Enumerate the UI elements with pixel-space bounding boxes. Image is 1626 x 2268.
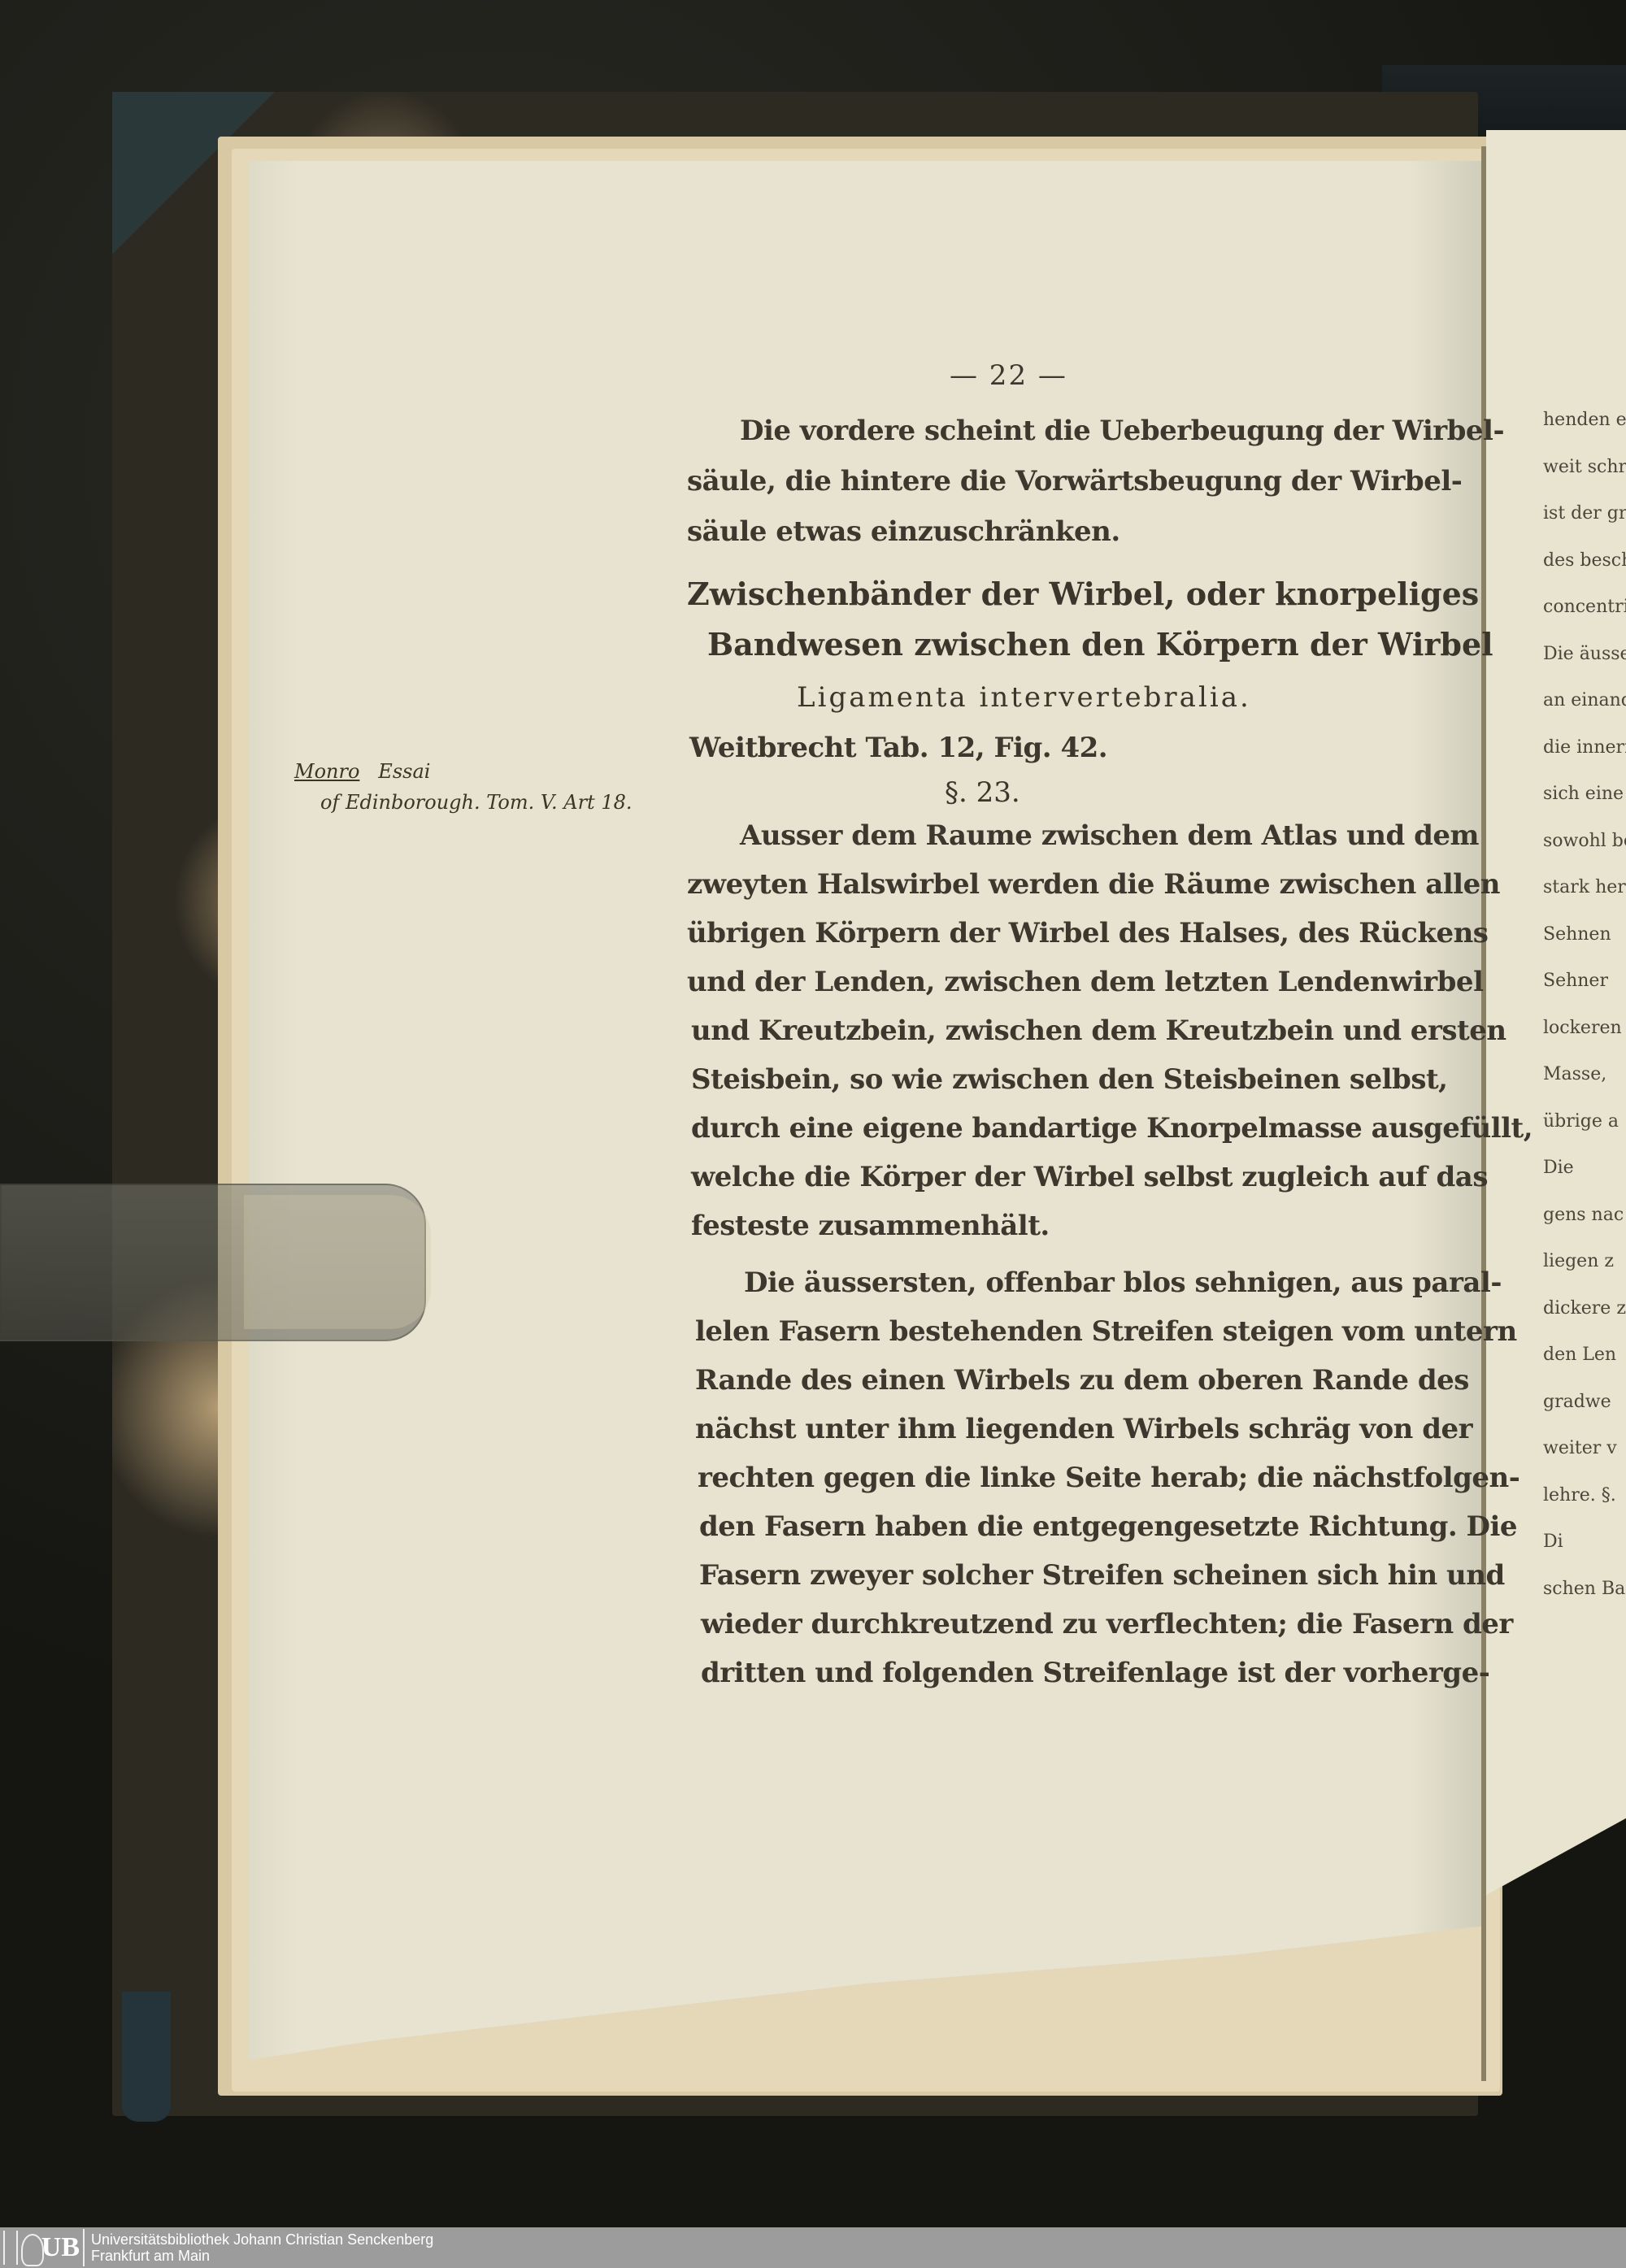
section-number: §. 23. [945,776,1020,809]
cover-corner-bottom [122,1992,171,2122]
annotation-name: Monro [294,760,359,783]
section-heading: Bandwesen zwischen den Körpern der Wirbe… [707,626,1493,663]
text-line: säule etwas einzuschränken. [687,515,1120,548]
fragment: concentris [1543,584,1626,631]
text-line: Steisbein, so wie zwischen den Steisbein… [691,1063,1448,1096]
fragment: Sehner [1543,958,1626,1005]
logo-portrait-icon [21,2234,44,2266]
fragment: übrige a [1543,1098,1626,1145]
text-line: nächst unter ihm liegenden Wirbels schrä… [695,1413,1472,1445]
fragment: Sehnen [1543,911,1626,958]
text-line: säule, die hintere die Vorwärtsbeugung d… [687,465,1462,497]
institution-name: Universitätsbibliothek Johann Christian … [91,2231,433,2248]
text-line: Ausser dem Raume zwischen dem Atlas und … [740,819,1479,852]
fragment: Di [1543,1519,1626,1566]
fragment: gradwe [1543,1379,1626,1426]
reference: Weitbrecht Tab. 12, Fig. 42. [689,732,1107,764]
page-number: — 22 — [950,359,1067,392]
text-line: dritten und folgenden Streifenlage ist d… [701,1657,1489,1689]
text-line: den Fasern haben die entgegengesetzte Ri… [699,1510,1517,1543]
fragment: des bescha [1543,537,1626,584]
text-line: und der Lenden, zwischen dem letzten Len… [687,966,1483,998]
text-line: Die äussersten, offenbar blos sehnigen, … [744,1267,1502,1299]
fragment: Die äusse [1543,631,1626,678]
fragment: dickere z [1543,1285,1626,1332]
institution-city: Frankfurt am Main [91,2248,433,2264]
fragment: lehre. §. [1543,1472,1626,1519]
latin-title: Ligamenta intervertebralia. [797,681,1251,714]
fragment: weiter v [1543,1425,1626,1472]
library-footer: UB Universitätsbibliothek Johann Christi… [0,2227,1626,2268]
text-line: festeste zusammenhält. [691,1210,1050,1242]
fragment: ist der grö [1543,490,1626,537]
annotation-line: of Edinborough. Tom. V. Art 18. [320,787,633,818]
text-line: Die vordere scheint die Ueberbeugung der… [740,415,1504,447]
text-line: zweyten Halswirbel werden die Räume zwis… [687,868,1500,901]
fragment: henden entg [1543,397,1626,444]
fragment: gens nac [1543,1192,1626,1239]
fragment: sowohl be [1543,818,1626,865]
handwritten-annotation: Monro Essai of Edinborough. Tom. V. Art … [285,756,633,818]
text-line: übrigen Körpern der Wirbel des Halses, d… [687,917,1488,949]
section-heading: Zwischenbänder der Wirbel, oder knorpeli… [687,576,1479,612]
logo-columns-icon [3,2231,18,2265]
ub-logo: UB [2,2229,85,2266]
fragment: den Len [1543,1332,1626,1379]
fragment: die innern [1543,724,1626,771]
text-line: lelen Fasern bestehenden Streifen steige… [695,1315,1517,1348]
fragment: stark her [1543,864,1626,911]
text-line: rechten gegen die linke Seite herab; die… [698,1462,1519,1494]
text-line: Fasern zweyer solcher Streifen scheinen … [699,1559,1505,1592]
text-line: durch eine eigene bandartige Knorpelmass… [691,1112,1533,1145]
clip-tip [244,1195,431,1329]
text-line: wieder durchkreutzend zu verflechten; di… [701,1608,1513,1640]
logo-text: UB [41,2232,80,2263]
annotation-word: Essai [378,760,430,783]
fragment: liegen z [1543,1238,1626,1285]
text-line: Rande des einen Wirbels zu dem oberen Ra… [695,1364,1469,1397]
fragment: Masse, [1543,1051,1626,1098]
right-page-text: henden entg weit schräg ist der grö des … [1543,397,1626,1612]
fragment: Die [1543,1145,1626,1192]
footer-text: Universitätsbibliothek Johann Christian … [91,2231,433,2264]
text-line: welche die Körper der Wirbel selbst zugl… [691,1161,1488,1193]
text-line: und Kreutzbein, zwischen dem Kreutzbein … [691,1015,1506,1047]
fragment: an einand [1543,677,1626,724]
fragment: sich eine e [1543,771,1626,818]
fragment: weit schräg [1543,444,1626,491]
fragment: lockeren [1543,1005,1626,1052]
fragment: schen Ba [1543,1566,1626,1613]
